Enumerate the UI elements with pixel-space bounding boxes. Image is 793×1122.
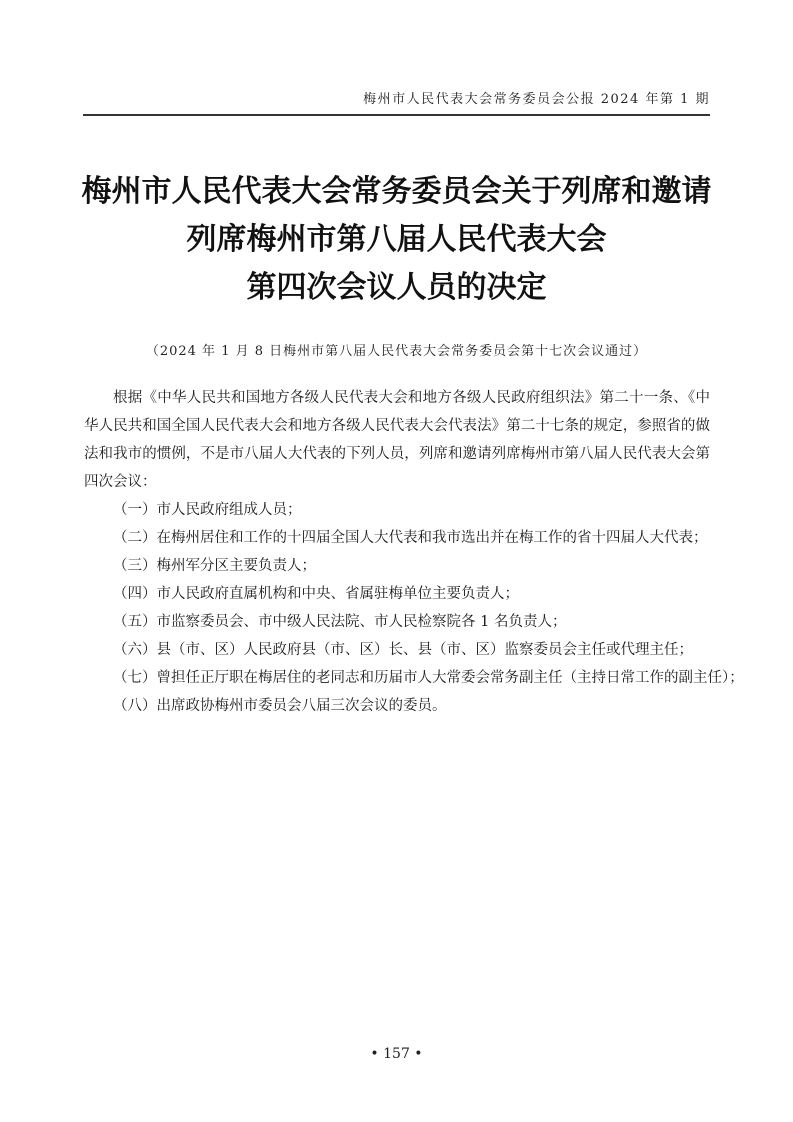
intro-paragraph: 根据《中华人民共和国地方各级人民代表大会和地方各级人民政府组织法》第二十一条、《…	[84, 384, 710, 496]
list-item: （八）出席政协梅州市委员会八届三次会议的委员。	[84, 692, 710, 720]
running-header: 梅州市人民代表大会常务委员会公报 2024 年第 1 期	[363, 88, 710, 107]
list-item: （七）曾担任正厅职在梅居住的老同志和历届市人大常委会常务副主任（主持日常工作的副…	[84, 664, 710, 692]
list-item: （三）梅州军分区主要负责人；	[84, 552, 710, 580]
title-line-3: 第四次会议人员的决定	[0, 264, 793, 312]
header-rule	[83, 114, 710, 116]
adoption-note: （2024 年 1 月 8 日梅州市第八届人民代表大会常务委员会第十七次会议通过…	[0, 340, 793, 359]
document-title: 梅州市人民代表大会常务委员会关于列席和邀请 列席梅州市第八届人民代表大会 第四次…	[0, 168, 793, 312]
list-item: （一）市人民政府组成人员；	[84, 496, 710, 524]
list-item: （二）在梅州居住和工作的十四届全国人大代表和我市选出并在梅工作的省十四届人大代表…	[84, 524, 710, 552]
title-line-1: 梅州市人民代表大会常务委员会关于列席和邀请	[0, 168, 793, 216]
list-item: （四）市人民政府直属机构和中央、省属驻梅单位主要负责人；	[84, 580, 710, 608]
document-body: 根据《中华人民共和国地方各级人民代表大会和地方各级人民政府组织法》第二十一条、《…	[84, 384, 710, 720]
list-item: （五）市监察委员会、市中级人民法院、市人民检察院各 1 名负责人；	[84, 608, 710, 636]
page-number: • 157 •	[0, 1046, 793, 1062]
list-item: （六）县（市、区）人民政府县（市、区）长、县（市、区）监察委员会主任或代理主任；	[84, 636, 710, 664]
title-line-2: 列席梅州市第八届人民代表大会	[0, 216, 793, 264]
